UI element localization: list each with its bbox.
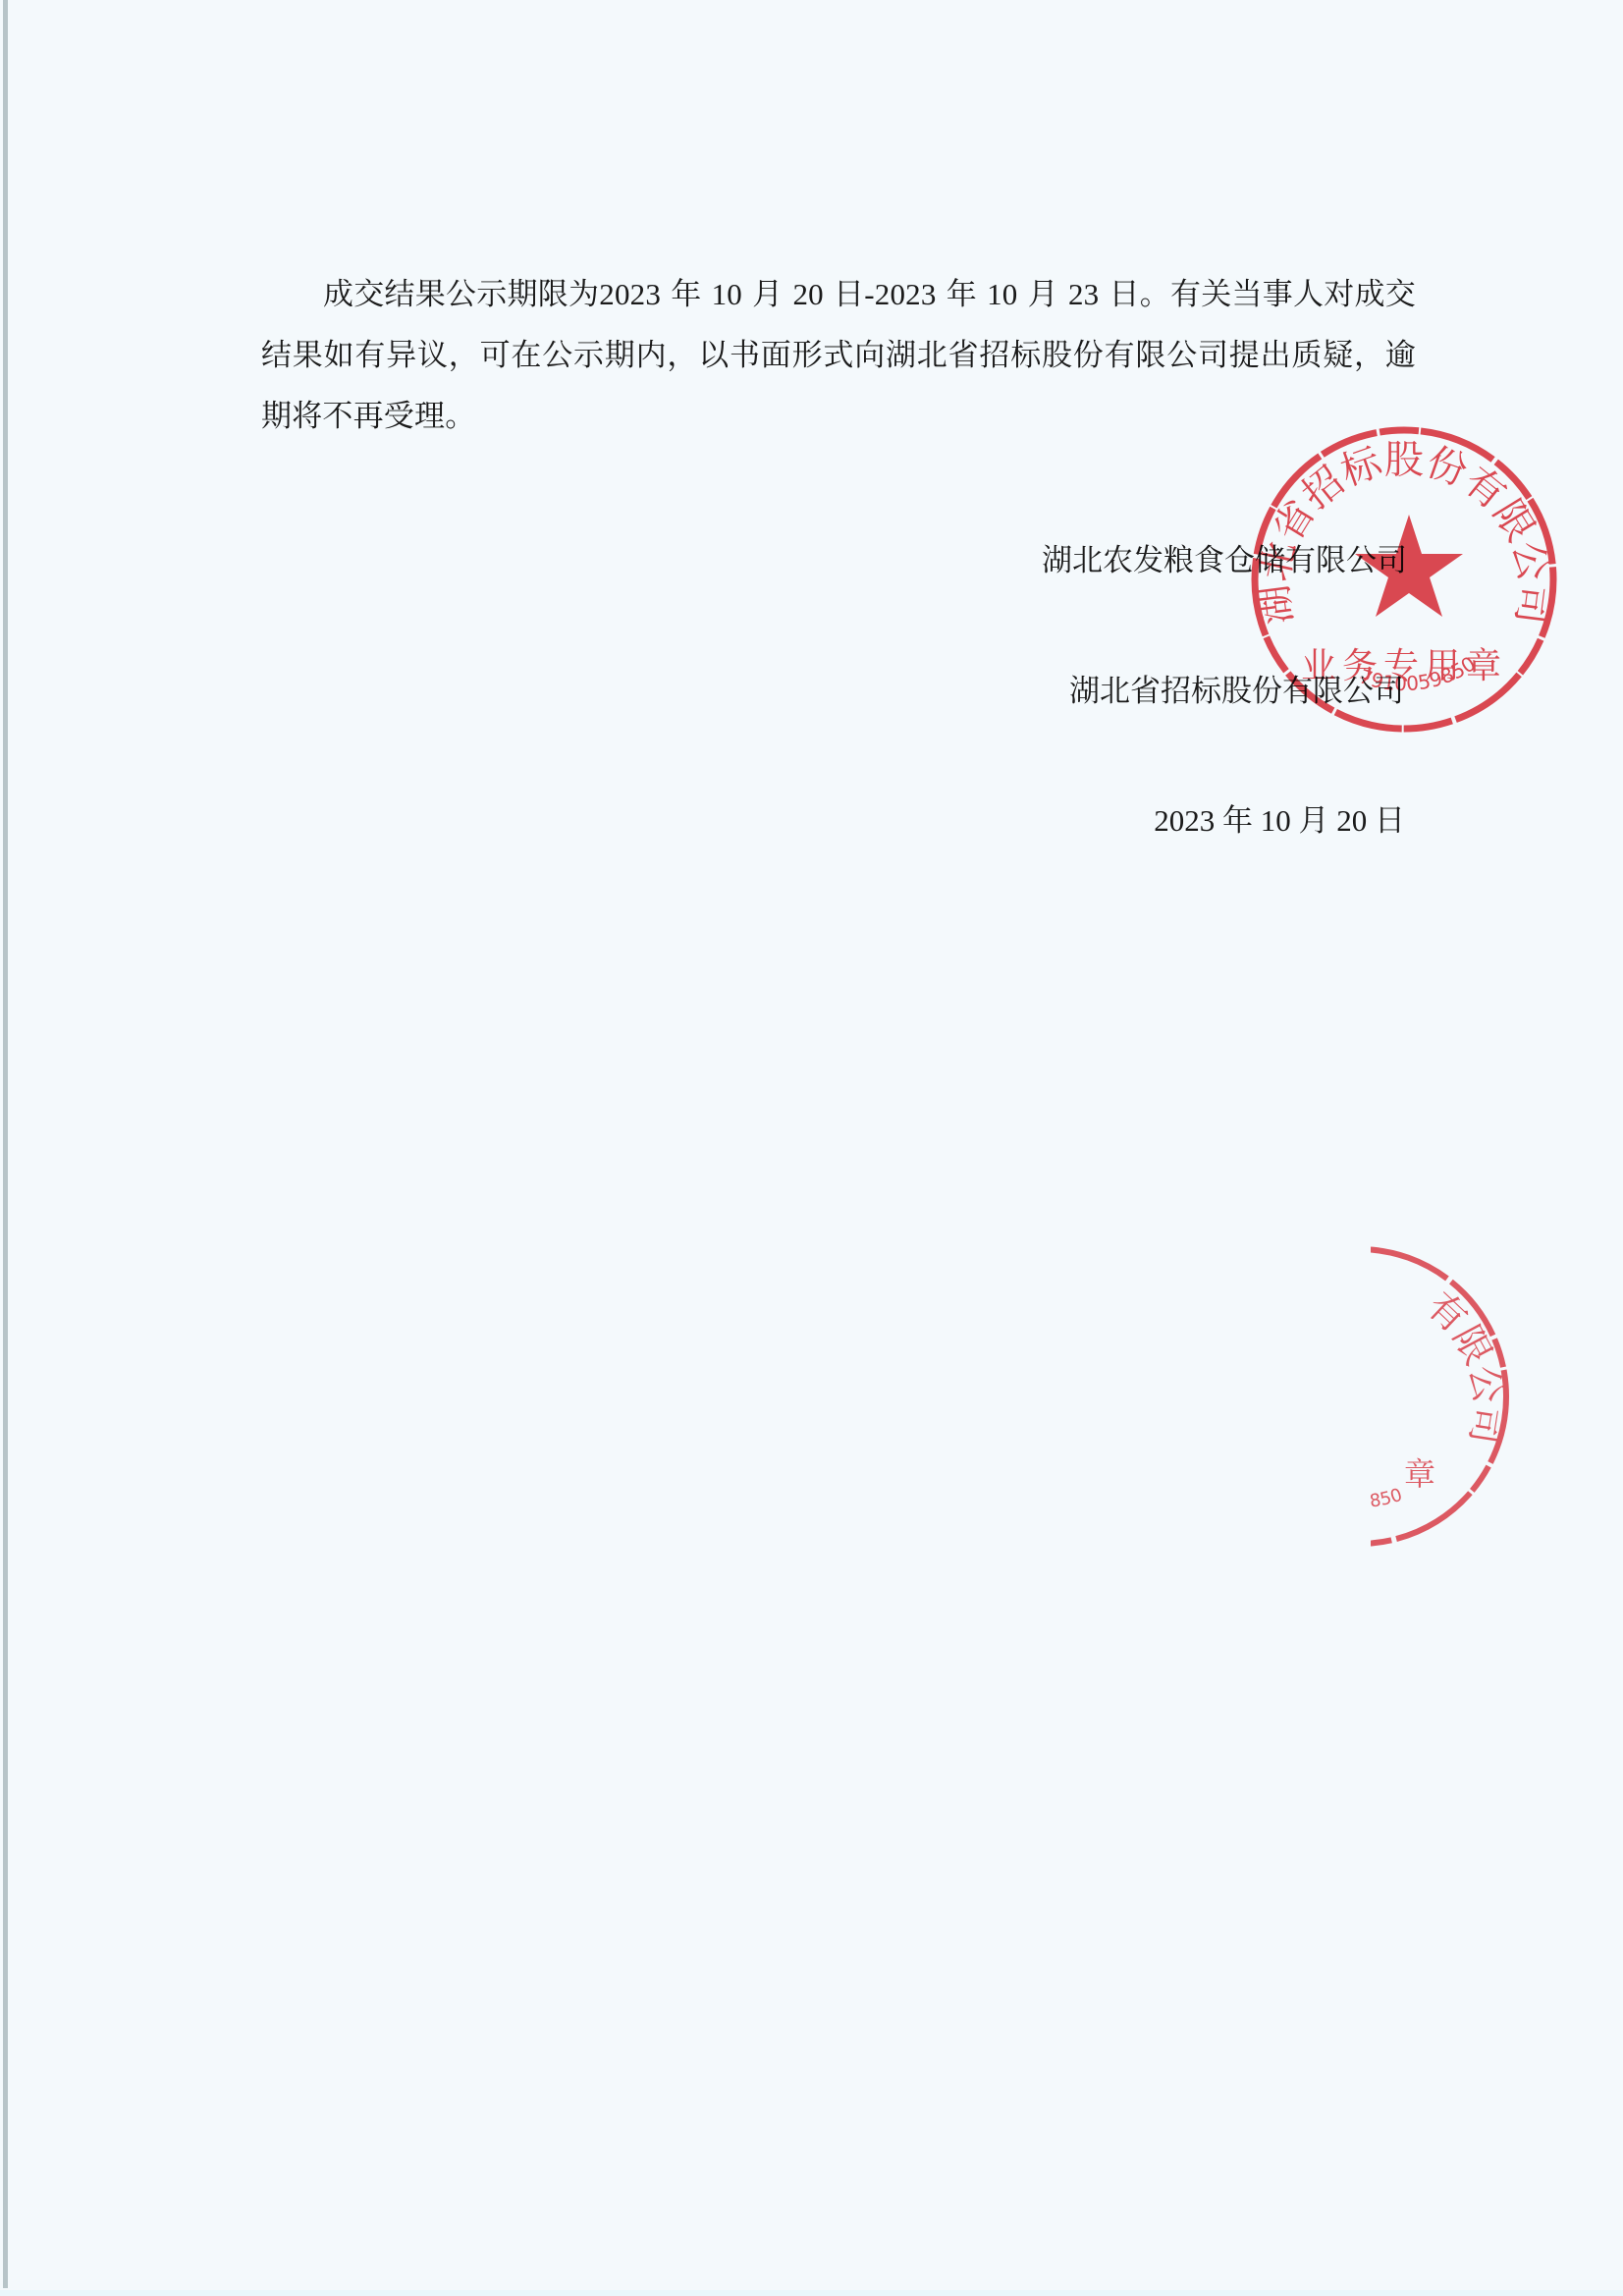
unit-month: 月 bbox=[1028, 277, 1058, 312]
unit-day: 日 bbox=[834, 277, 864, 312]
notice-paragraph: 成交结果公示期限为2023 年 10 月 20 日-2023 年 10 月 23… bbox=[261, 264, 1416, 447]
partial-seal-code: 9850 bbox=[1359, 1485, 1405, 1512]
partial-seal-ring bbox=[1212, 1249, 1506, 1544]
date-range-dash: - bbox=[864, 277, 875, 311]
partial-seal-arc-text: 有限公司 bbox=[1419, 1284, 1510, 1448]
paragraph-prefix: 成交结果公示期限为 bbox=[323, 277, 599, 312]
signature-date: 2023 年 10 月 20 日 bbox=[1154, 803, 1405, 839]
start-month: 10 bbox=[712, 277, 742, 311]
partial-seal: 有限公司 章 9850 bbox=[1212, 1243, 1530, 1561]
unit-day: 日 bbox=[1109, 277, 1139, 312]
date-unit-year: 年 bbox=[1222, 803, 1253, 839]
date-day: 20 bbox=[1336, 803, 1367, 838]
date-month: 10 bbox=[1261, 803, 1291, 838]
star-icon bbox=[1355, 515, 1463, 617]
end-month: 10 bbox=[987, 277, 1017, 311]
end-day: 23 bbox=[1068, 277, 1099, 311]
scan-bottom-edge bbox=[0, 2290, 1623, 2296]
partial-seal-center-text: 章 bbox=[1404, 1455, 1435, 1493]
unit-month: 月 bbox=[752, 277, 783, 312]
start-day: 20 bbox=[792, 277, 823, 311]
start-year: 2023 bbox=[599, 277, 661, 311]
company-seal: 湖北省招标股份有限公司 业务专用章 7910059850 bbox=[1245, 420, 1563, 738]
scan-page-edge bbox=[3, 0, 8, 2288]
date-unit-day: 日 bbox=[1375, 803, 1405, 839]
unit-year: 年 bbox=[671, 277, 701, 312]
end-year: 2023 bbox=[875, 277, 937, 311]
date-unit-month: 月 bbox=[1299, 803, 1329, 839]
date-year: 2023 bbox=[1154, 803, 1215, 838]
unit-year: 年 bbox=[947, 277, 977, 312]
